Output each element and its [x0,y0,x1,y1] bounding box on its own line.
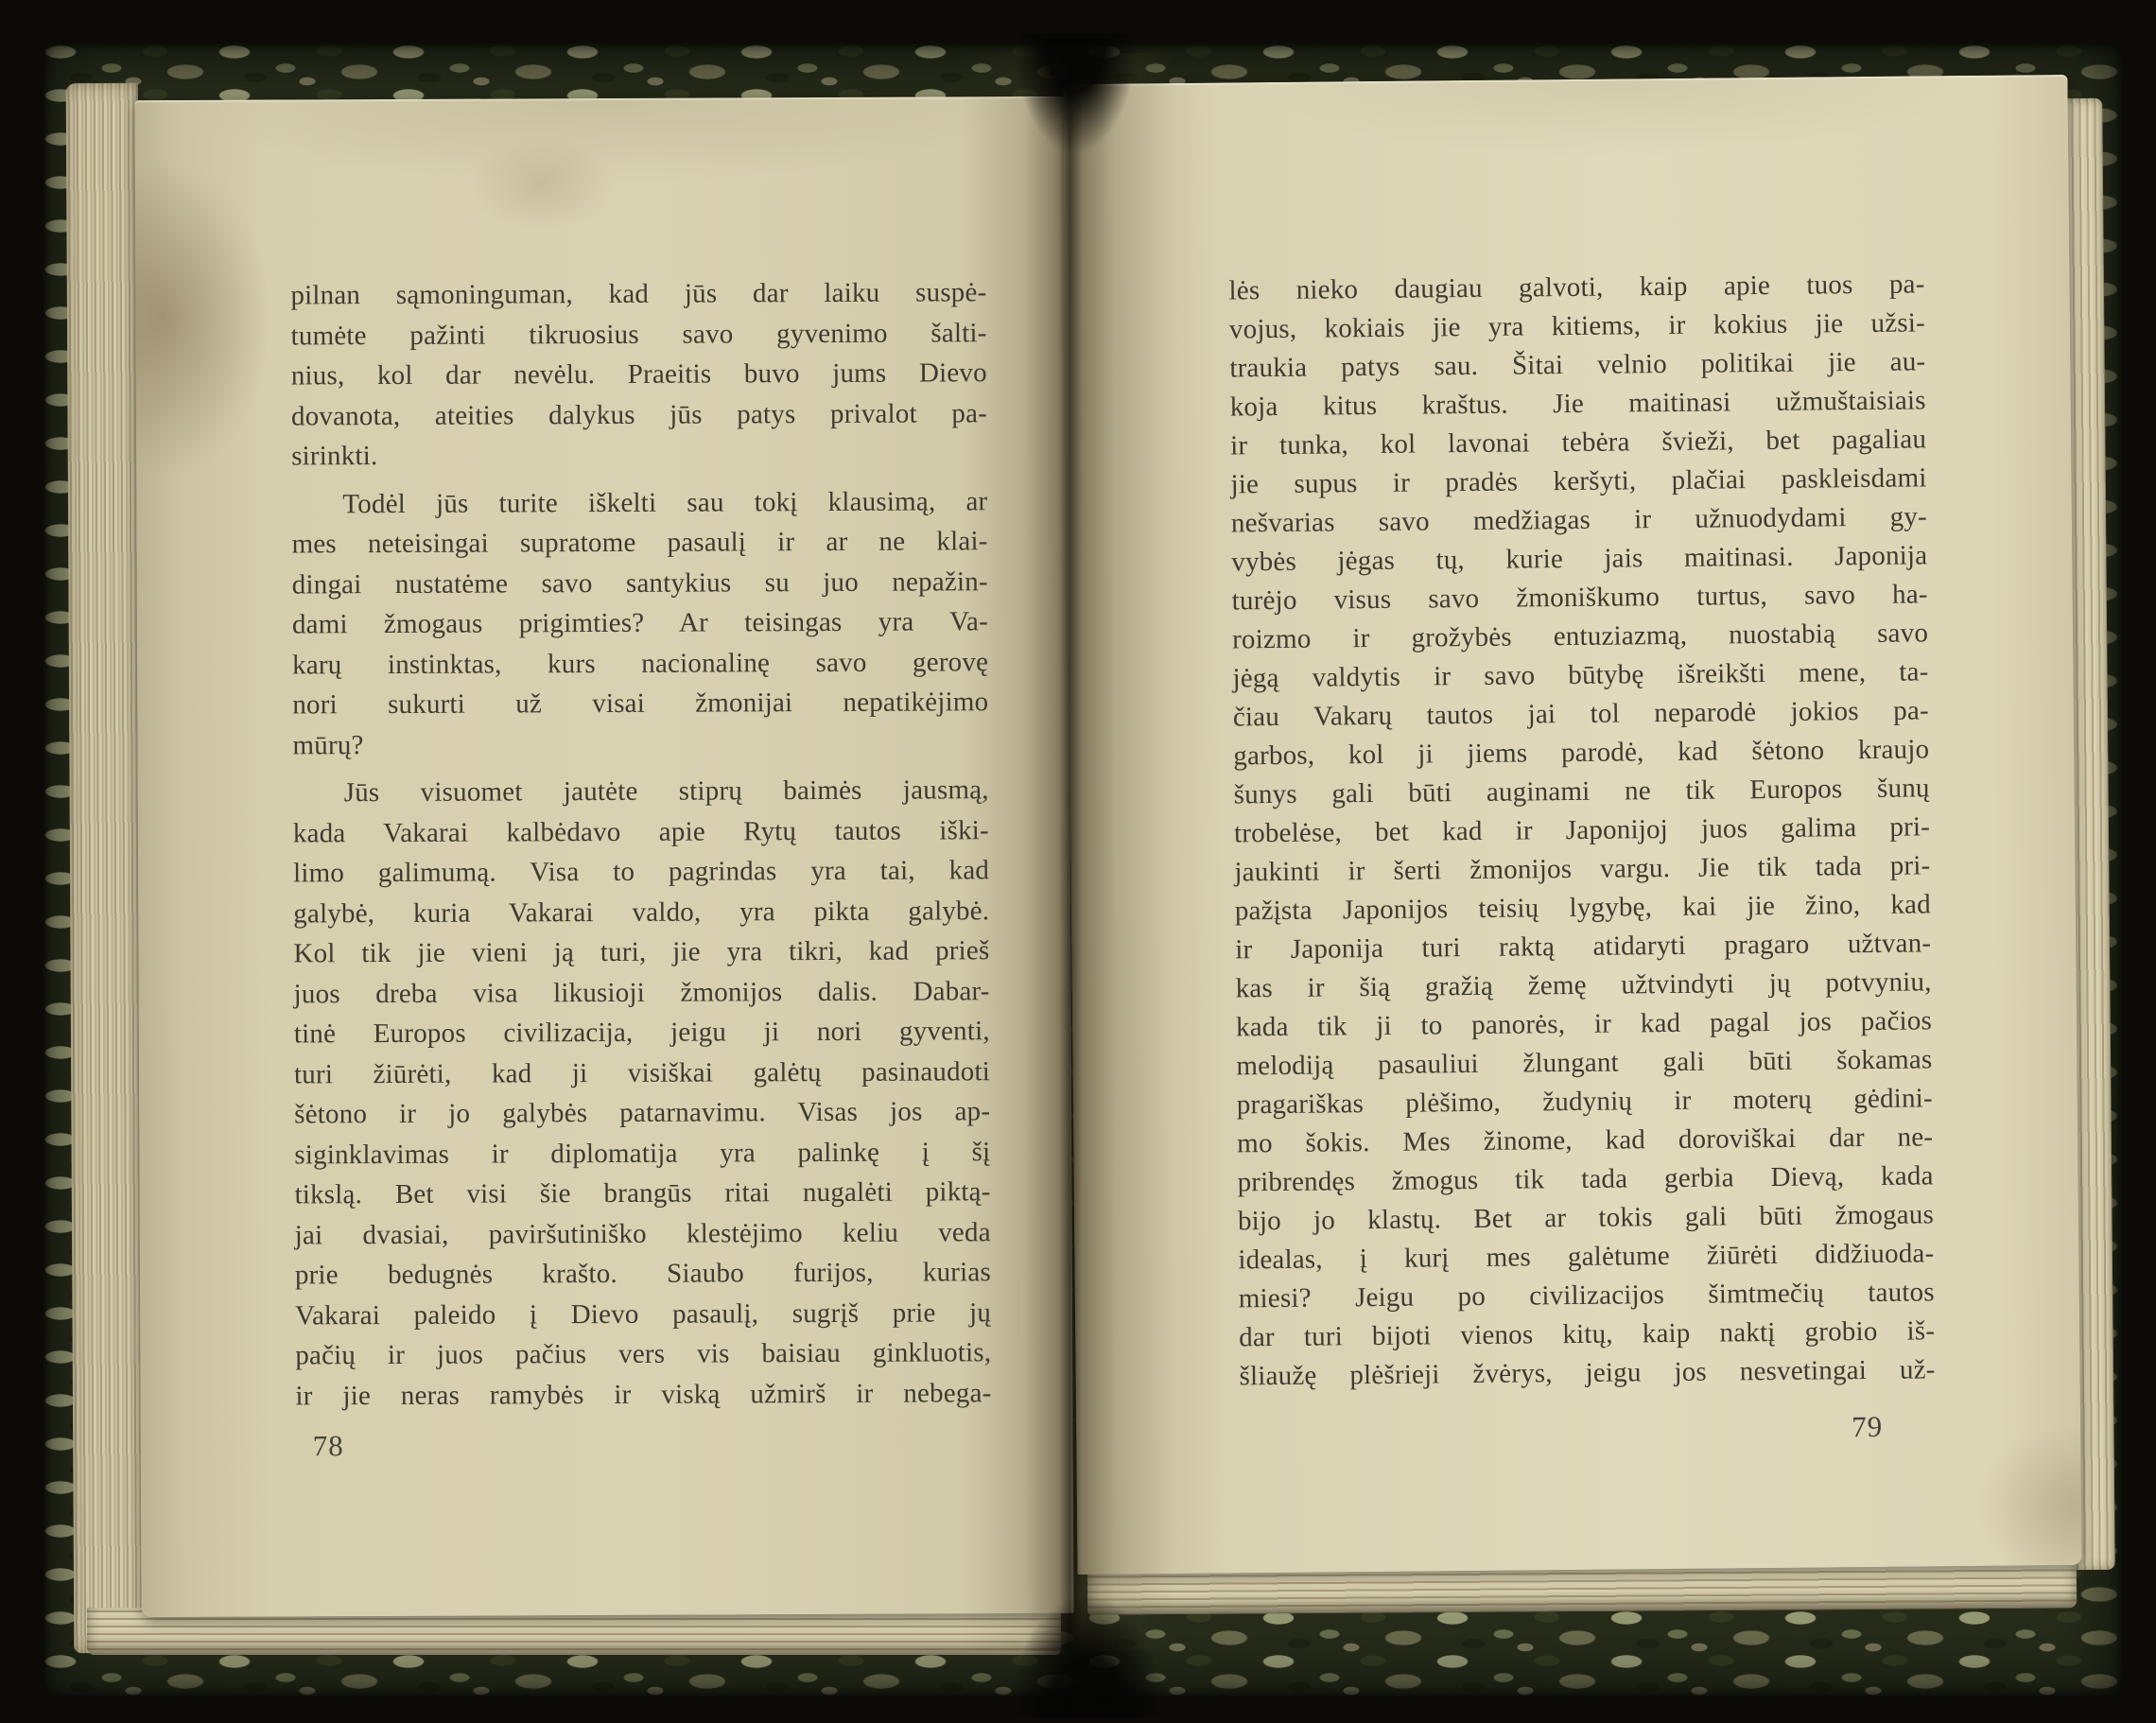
right-page-number: 79 [1240,1409,1936,1450]
text-line: ir jie neras ramybės ir viską užmirš ir … [295,1373,991,1417]
text-line: koja kitus kraštus. Jie maitinasi užmušt… [1230,381,1926,426]
text-line: dar turi bijoti vienos kitų, kaip naktį … [1239,1312,1935,1357]
text-line: traukia patys sau. Šitai velnio politika… [1229,342,1925,388]
text-line: bijo jo klastų. Bet ar tokis gali būti ž… [1238,1195,1934,1241]
text-line: idealas, į kurį mes galėtume žiūrėti did… [1238,1234,1934,1279]
paragraph: lės nieko daugiau galvoti, kaip apie tuo… [1228,265,1935,1396]
paragraph: Todėl jūs turite iškelti sau tokį klausi… [291,481,988,766]
text-line: mo šokis. Mes žinome, kad doroviškai dar… [1237,1118,1933,1163]
text-line: garbos, kol ji jiems parodė, kad šėtono … [1233,730,1929,775]
text-line: sirinkti. [291,433,987,477]
text-line: karų instinktas, kurs nacionalinę savo g… [292,642,988,686]
text-line: ir Japonija turi raktą atidaryti pragaro… [1235,924,1931,969]
text-line: ir tunka, kol lavonai tebėra švieži, bet… [1230,420,1926,465]
text-line: tinė Europos civilizacija, jeigu ji nori… [294,1011,990,1054]
text-line: dovanota, ateities dalykus jūs patys pri… [291,393,987,437]
text-line: kada Vakarai kalbėdavo apie Rytų tautos … [293,810,989,854]
text-line: juos dreba visa likusioji žmonijos dalis… [294,971,990,1015]
text-line: lės nieko daugiau galvoti, kaip apie tuo… [1228,265,1924,310]
text-line: turi žiūrėti, kad ji visiškai galėtų pas… [294,1052,990,1095]
text-line: pačių ir juos pačius vers vis baisiau gi… [295,1332,991,1376]
text-line: vojus, kokiais jie yra kitiems, ir kokiu… [1229,304,1925,349]
text-line: trobelėse, bet kad ir Japonijoj juos gal… [1234,808,1930,853]
text-line: nius, kol dar nevėlu. Praeitis buvo jums… [291,353,987,396]
paragraph: Jūs visuomet jautėte stiprų baimės jausm… [293,770,992,1416]
text-line: miesi? Jeigu po civilizacijos šimtmečių … [1239,1273,1935,1318]
left-page-text: pilnan sąmoninguman, kad jūs dar laiku s… [290,272,991,1416]
text-line: mūrų? [292,722,988,766]
text-line: jėgą valdytis ir savo būtybę išreikšti m… [1232,653,1928,698]
text-line: pažįsta Japonijos teisių lygybę, kai jie… [1235,885,1931,931]
text-line: roizmo ir grožybės entuziazmą, nuostabią… [1232,614,1928,659]
text-line: Vakarai paleido į Dievo pasaulį, sugrįš … [295,1293,991,1336]
text-line: jai dvasiai, paviršutiniško klestėjimo k… [295,1212,991,1256]
text-line: jie supus ir pradės keršyti, plačiai pas… [1230,459,1926,504]
text-line: kas ir šią gražią žemę užtvindyti jų pot… [1235,963,1931,1008]
text-line: vybės jėgas tų, kurie jais maitinasi. Ja… [1231,536,1927,582]
text-line: limo galimumą. Visa to pagrindas yra tai… [293,850,989,894]
text-line: šunys gali būti auginami ne tik Europos … [1233,769,1929,814]
text-line: galybė, kuria Vakarai valdo, yra pikta g… [293,891,989,934]
text-line: pilnan sąmoninguman, kad jūs dar laiku s… [290,272,986,316]
text-line: turėjo visus savo žmoniškumo turtus, sav… [1232,575,1928,620]
text-line: Kol tik jie vieni ją turi, jie yra tikri… [293,931,989,974]
right-page-text: lės nieko daugiau galvoti, kaip apie tuo… [1228,265,1935,1396]
text-line: kada tik ji to panorės, ir kad pagal jos… [1236,1001,1932,1047]
text-line: nori sukurti už visai žmonijai nepatikėj… [292,682,988,725]
text-line: pragariškas plėšimo, žudynių ir moterų g… [1237,1079,1933,1124]
text-line: šliaužę plėšrieji žvėrys, jeigu jos nesv… [1239,1350,1935,1396]
left-page: pilnan sąmoninguman, kad jūs dar laiku s… [135,96,1074,1617]
text-line: prie bedugnės krašto. Siaubo furijos, ku… [295,1252,991,1296]
text-line: Jūs visuomet jautėte stiprų baimės jausm… [293,770,989,813]
text-line: dingai nustatėme savo santykius su juo n… [292,562,988,605]
text-line: nešvarias savo medžiagas ir užnuodydami … [1231,497,1927,543]
text-line: siginklavimas ir diplomatija yra palinkę… [294,1132,990,1175]
book-scan-scene: pilnan sąmoninguman, kad jūs dar laiku s… [0,0,2156,1723]
paragraph: pilnan sąmoninguman, kad jūs dar laiku s… [290,272,987,477]
text-line: šėtono ir jo galybės patarnavimu. Visas … [294,1091,990,1135]
text-line: tikslą. Bet visi šie brangūs ritai nugal… [294,1172,990,1215]
text-line: tumėte pažinti tikruosius savo gyvenimo … [291,313,987,357]
text-line: pribrendęs žmogus tik tada gerbia Dievą,… [1237,1157,1933,1202]
text-line: melodiją pasauliui žlungant gali būti šo… [1236,1040,1932,1086]
page-stack-edge-left [66,83,147,1653]
left-page-number: 78 [313,1429,344,1463]
text-line: dami žmogaus prigimties? Ar teisingas yr… [292,601,988,645]
text-line: mes neteisingai supratome pasaulį ir ar … [291,521,987,565]
text-line: čiau Vakarų tautos jai tol neparodė joki… [1233,691,1929,737]
right-page: lės nieko daugiau galvoti, kaip apie tuo… [1063,75,2081,1575]
text-line: Todėl jūs turite iškelti sau tokį klausi… [291,481,987,525]
text-line: jaukinti ir šerti žmonijos vargu. Jie ti… [1234,846,1930,892]
